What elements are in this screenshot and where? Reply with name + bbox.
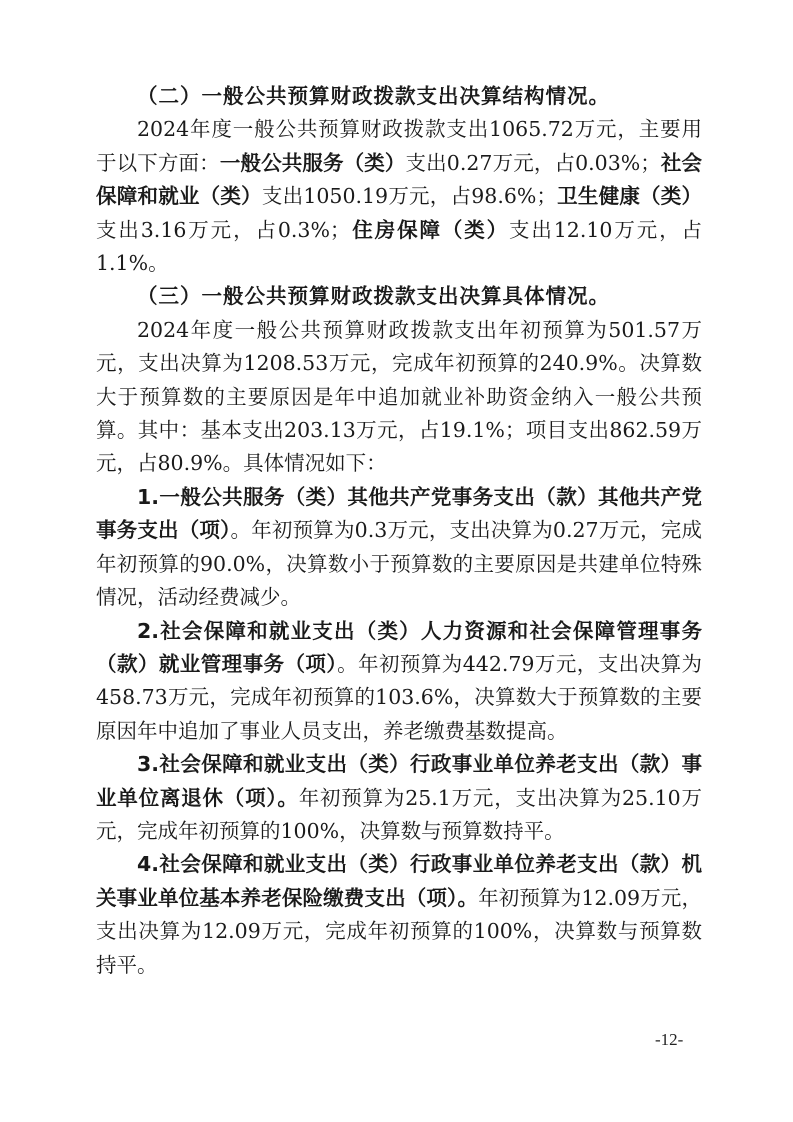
category-label: 一般公共服务（类） xyxy=(220,151,406,175)
category-label: 卫生健康（类） xyxy=(557,184,702,208)
document-page: （二）一般公共预算财政拨款支出决算结构情况。 2024年度一般公共预算财政拨款支… xyxy=(96,80,702,982)
detail-item: 1.一般公共服务（类）其他共产党事务支出（款）其他共产党事务支出（项）。年初预算… xyxy=(96,481,702,615)
detail-item: 3.社会保障和就业支出（类）行政事业单位养老支出（款）事业单位离退休（项）。年初… xyxy=(96,748,702,848)
category-text: 支出1050.19万元，占98.6%； xyxy=(262,184,557,208)
category-text: 支出3.16万元，占0.3%； xyxy=(96,218,350,242)
category-text: 支出0.27万元，占0.03%； xyxy=(406,151,661,175)
paragraph-structure: 2024年度一般公共预算财政拨款支出1065.72万元，主要用于以下方面：一般公… xyxy=(96,113,702,280)
section-heading-structure: （二）一般公共预算财政拨款支出决算结构情况。 xyxy=(96,80,702,113)
detail-item: 2.社会保障和就业支出（类）人力资源和社会保障管理事务（款）就业管理事务（项）。… xyxy=(96,615,702,749)
paragraph-details-intro: 2024年度一般公共预算财政拨款支出年初预算为501.57万元，支出决算为120… xyxy=(96,314,702,481)
category-label: 住房保障（类） xyxy=(350,218,509,242)
detail-item: 4.社会保障和就业支出（类）行政事业单位养老支出（款）机关事业单位基本养老保险缴… xyxy=(96,848,702,982)
page-number: -12- xyxy=(655,1030,683,1050)
section-heading-details: （三）一般公共预算财政拨款支出决算具体情况。 xyxy=(96,280,702,313)
